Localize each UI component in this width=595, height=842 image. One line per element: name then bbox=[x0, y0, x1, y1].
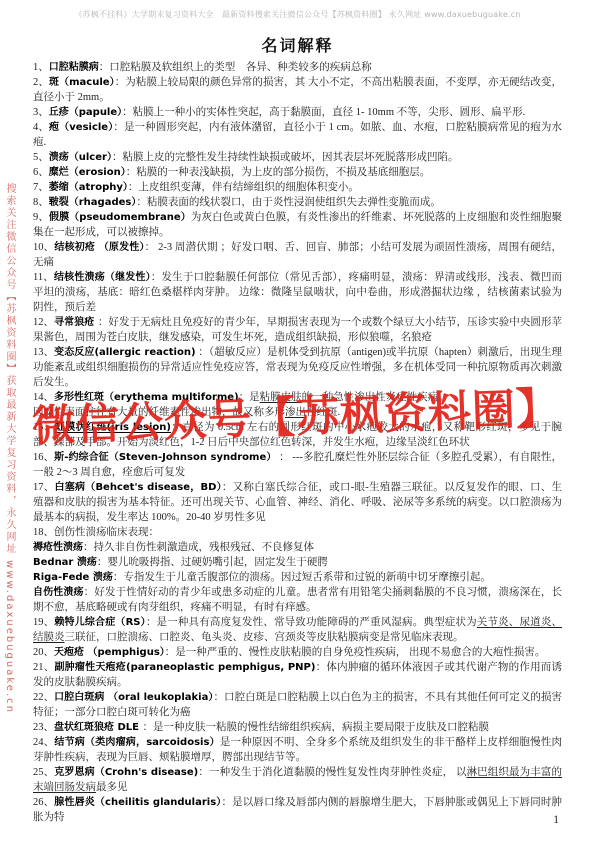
text-segment: 2、 bbox=[33, 77, 49, 88]
text-segment: 自伤性溃疡 bbox=[33, 587, 84, 598]
definition-item: 3、丘疹（papule）：粘膜上一种小的实体性突起，高于黏膜面，直径 1- 10… bbox=[33, 105, 562, 120]
text-segment: ：持久非自伤性刺激造成，残根残冠、不良修复体 bbox=[83, 542, 314, 553]
page-header-note: 《苏枫不挂科》大学期末复习资料大全 最新资料搜索关注微信公众号【苏枫资料圈】 永… bbox=[0, 9, 595, 20]
text-segment: 天疱疮 （pemphigus） bbox=[54, 647, 165, 658]
text-segment: 腺性唇炎（cheilitis glandularis） bbox=[54, 797, 221, 808]
text-segment: 变态反应(allergic reaction) bbox=[54, 347, 195, 358]
text-segment: 盘状红斑狼疮 DLE bbox=[54, 722, 142, 733]
definition-item: 19、赖特儿综合症（RS）：是一种具有高度复发性、常导致功能障碍的严重风湿病。典… bbox=[33, 615, 562, 645]
text-segment: 10、 bbox=[33, 242, 54, 253]
definition-item: 6、糜烂（erosion）：粘膜的一种表浅缺损，为上皮的部分损伤，不损及基底细胞… bbox=[33, 165, 562, 180]
text-segment: 8、 bbox=[33, 197, 49, 208]
text-segment: 26、 bbox=[33, 797, 54, 808]
text-segment: 皲裂（rhagades） bbox=[49, 197, 137, 208]
text-segment: 赖特儿综合症（RS） bbox=[54, 617, 145, 628]
text-segment: ：是一种皮肤一粘膜的慢性结缔组织疾病，病损主要局限于皮肤及口腔粘膜 bbox=[142, 722, 489, 733]
text-segment: ：婴儿吮吸拇指、过硬奶嘴引起，固定发生于硬腭 bbox=[97, 557, 328, 568]
text-segment: 假膜（pseudomembrane） bbox=[49, 212, 191, 223]
text-segment: 7、 bbox=[33, 182, 49, 193]
definition-item: 21、副肿瘤性天疱疮(paraneoplastic pemphigus, PNP… bbox=[33, 660, 562, 690]
text-segment: Bednar 溃疡 bbox=[33, 557, 97, 568]
definition-item: 18、创伤性溃疡临床表现： bbox=[33, 525, 562, 540]
definition-item: 16、斯-约综合征（Steven-Johnson syndrome） ： ---… bbox=[33, 450, 562, 480]
text-segment: 斑（macule） bbox=[49, 77, 115, 88]
definition-item: 10、结核初疮 （原发性）： 2-3 周潜伏期 ；好发口咽、舌、回盲、肺部；小结… bbox=[33, 240, 562, 270]
definition-item: 7、萎缩（atrophy）：上皮组织变薄，伴有结缔组织的细胞体积变小。 bbox=[33, 180, 562, 195]
text-segment: 寻常狼疮 bbox=[54, 317, 98, 328]
text-segment: 19、 bbox=[33, 617, 54, 628]
text-segment: 3、 bbox=[33, 107, 49, 118]
definition-item: 2、斑（macule）：为粘膜上较局限的颜色异常的损害，其 大小不定，不高出粘膜… bbox=[33, 75, 562, 105]
definition-item: 自伤性溃疡：好发于性情好动的青少年或患多动症的儿童。患者常有用铅笔尖捅刺黏膜的不… bbox=[33, 585, 562, 615]
text-segment: 糜烂（erosion） bbox=[49, 167, 126, 178]
definition-item: 1、口腔粘膜病：口腔粘膜及软组织上的类型 各异、种类较多的疾病总称 bbox=[33, 60, 562, 75]
text-segment: 21、 bbox=[33, 662, 54, 673]
text-segment: ：是一种具有高度复发性、常导致功能障碍的严重风湿病。典型症状为 bbox=[146, 617, 477, 628]
definition-item: 12、寻常狼疮 ：好发于无病灶且免疫好的青少年，早期损害表现为一个或数个绿豆大小… bbox=[33, 315, 562, 345]
text-segment: Riga-Fede 溃疡 bbox=[33, 572, 113, 583]
watermark-left-vertical: 搜索关注微信公众号【苏枫资料圈】获取最新大学复习资料，永久网址 www.daxu… bbox=[2, 183, 17, 663]
text-segment: ：是一种圆形突起，内有液体潴留，直径小于 1 cm。如脓、血、水疱，口腔粘膜病常… bbox=[33, 122, 562, 148]
text-segment: 白塞病（Behcet's disease，BD） bbox=[54, 482, 221, 493]
definition-item: Riga-Fede 溃疡：专指发生于儿童舌腹部位的溃疡。因过短舌系带和过锐的新萌… bbox=[33, 570, 562, 585]
text-segment: 结核初疮 （原发性） bbox=[54, 242, 144, 253]
definition-item: 20、天疱疮 （pemphigus）：是一种严重的、慢性皮肤粘膜的自身免疫性疾病… bbox=[33, 645, 562, 660]
page-title: 名词解释 bbox=[0, 33, 595, 56]
text-segment: ：上皮组织变薄，伴有结缔组织的细胞体积变小。 bbox=[128, 182, 359, 193]
document-page: 《苏枫不挂科》大学期末复习资料大全 最新资料搜索关注微信公众号【苏枫资料圈】 永… bbox=[0, 0, 595, 842]
text-segment: ：粘膜表面的线状裂口，由于炎性浸润使组织失去弹性变脆而成。 bbox=[136, 197, 441, 208]
text-segment: 6、 bbox=[33, 167, 49, 178]
text-segment: ：粘膜上皮的完整性发生持续性缺损或破坏，因其表层坏死脱落形成凹陷。 bbox=[112, 152, 459, 163]
definition-item: 4、疱（vesicle）：是一种圆形突起，内有液体潴留，直径小于 1 cm。如脓… bbox=[33, 120, 562, 150]
text-segment: ：好发于无病灶且免疫好的青少年，早期损害表现为一个或数个绿豆大小结节，压诊实验中… bbox=[33, 317, 562, 343]
definition-item: 22、口腔白斑病 （oral leukoplakia）：口腔白斑是口腔粘膜上以白… bbox=[33, 690, 562, 720]
text-segment: 11、 bbox=[33, 272, 54, 283]
text-segment: 25、 bbox=[33, 767, 54, 778]
text-segment: ：是一种严重的、慢性皮肤粘膜的自身免疫性疾病， 出现不易愈合的大疱性损害。 bbox=[165, 647, 546, 658]
text-segment: 三联征，口腔溃疡、口腔炎、龟头炎、皮疹、宫颈炎等皮肤粘膜病变是常见临床表现。 bbox=[65, 632, 464, 643]
definition-item: Bednar 溃疡：婴儿吮吸拇指、过硬奶嘴引起，固定发生于硬腭 bbox=[33, 555, 562, 570]
text-segment: 5、 bbox=[33, 152, 49, 163]
text-segment: 18、创伤性溃疡临床表现： bbox=[33, 527, 159, 538]
definition-item: 25、克罗恩病（Crohn's disease)：一种发生于消化道黏膜的慢性复发… bbox=[33, 765, 562, 795]
text-segment: 最多见 bbox=[96, 782, 128, 793]
text-segment: 疱（vesicle） bbox=[49, 122, 113, 133]
definition-item: 5、溃疡（ulcer）：粘膜上皮的完整性发生持续性缺损或破坏，因其表层坏死脱落形… bbox=[33, 150, 562, 165]
definition-item: 23、盘状红斑狼疮 DLE ：是一种皮肤一粘膜的慢性结缔组织疾病，病损主要局限于… bbox=[33, 720, 562, 735]
text-segment: ：好发于性情好动的青少年或患多动症的儿童。患者常有用铅笔尖捅刺黏膜的不良习惯，溃… bbox=[33, 587, 562, 613]
text-segment: ：粘膜上一种小的实体性突起，高于黏膜面，直径 1- 10mm 不等，尖形、圆形、… bbox=[122, 107, 525, 118]
text-segment: 溃疡（ulcer） bbox=[49, 152, 112, 163]
text-segment: 12、 bbox=[33, 317, 54, 328]
text-segment: 24、 bbox=[33, 737, 54, 748]
definition-item: 26、腺性唇炎（cheilitis glandularis）：是以唇口缘及唇部内… bbox=[33, 795, 562, 825]
text-segment: 1、 bbox=[33, 62, 49, 73]
text-segment: 克罗恩病（Crohn's disease) bbox=[54, 767, 198, 778]
definition-item: 褥疮性溃疡：持久非自伤性刺激造成，残根残冠、不良修复体 bbox=[33, 540, 562, 555]
text-segment: ：专指发生于儿童舌腹部位的溃疡。因过短舌系带和过锐的新萌中切牙摩擦引起。 bbox=[113, 572, 491, 583]
text-segment: 斯-约综合征（Steven-Johnson syndrome） bbox=[54, 452, 276, 463]
text-segment: 9、 bbox=[33, 212, 49, 223]
text-segment: 结节病（类肉瘤病，sarcoidosis） bbox=[54, 737, 219, 748]
text-segment: 萎缩（atrophy） bbox=[49, 182, 128, 193]
text-segment: 结核性溃疡（继发性） bbox=[54, 272, 151, 283]
text-segment: 20、 bbox=[33, 647, 54, 658]
definition-item: 8、皲裂（rhagades）：粘膜表面的线状裂口，由于炎性浸润使组织失去弹性变脆… bbox=[33, 195, 562, 210]
text-segment: 褥疮性溃疡 bbox=[33, 542, 83, 553]
text-segment: 23、 bbox=[33, 722, 54, 733]
text-segment: 17、 bbox=[33, 482, 54, 493]
text-segment: 口腔白斑病 （oral leukoplakia） bbox=[54, 692, 213, 703]
text-segment: ：粘膜的一种表浅缺损，为上皮的部分损伤，不损及基底细胞层。 bbox=[126, 167, 431, 178]
text-segment: ：口腔粘膜及软组织上的类型 各异、种类较多的疾病总称 bbox=[99, 62, 372, 73]
definition-item: 11、结核性溃疡（继发性）：发生于口腔黏膜任何部位（常见舌部），疼痛明显，溃疡：… bbox=[33, 270, 562, 315]
text-segment: 丘疹（papule） bbox=[49, 107, 122, 118]
text-segment: 口腔粘膜病 bbox=[49, 62, 99, 73]
definition-item: 17、白塞病（Behcet's disease，BD）：又称白塞氏综合征，或口-… bbox=[33, 480, 562, 525]
text-segment: 4、 bbox=[33, 122, 49, 133]
text-segment: 22、 bbox=[33, 692, 54, 703]
definition-item: 9、假膜（pseudomembrane）为灰白色或黄白色膜，有炎性渗出的纤维素、… bbox=[33, 210, 562, 240]
text-segment: ：一种发生于消化道黏膜的慢性复发性肉芽肿性炎症， 以 bbox=[198, 767, 466, 778]
definition-item: 24、结节病（类肉瘤病，sarcoidosis）是一种原因不明、全身多个系统及组… bbox=[33, 735, 562, 765]
text-segment: 13、 bbox=[33, 347, 54, 358]
text-segment: 副肿瘤性天疱疮(paraneoplastic pemphigus, PNP) bbox=[54, 662, 315, 673]
